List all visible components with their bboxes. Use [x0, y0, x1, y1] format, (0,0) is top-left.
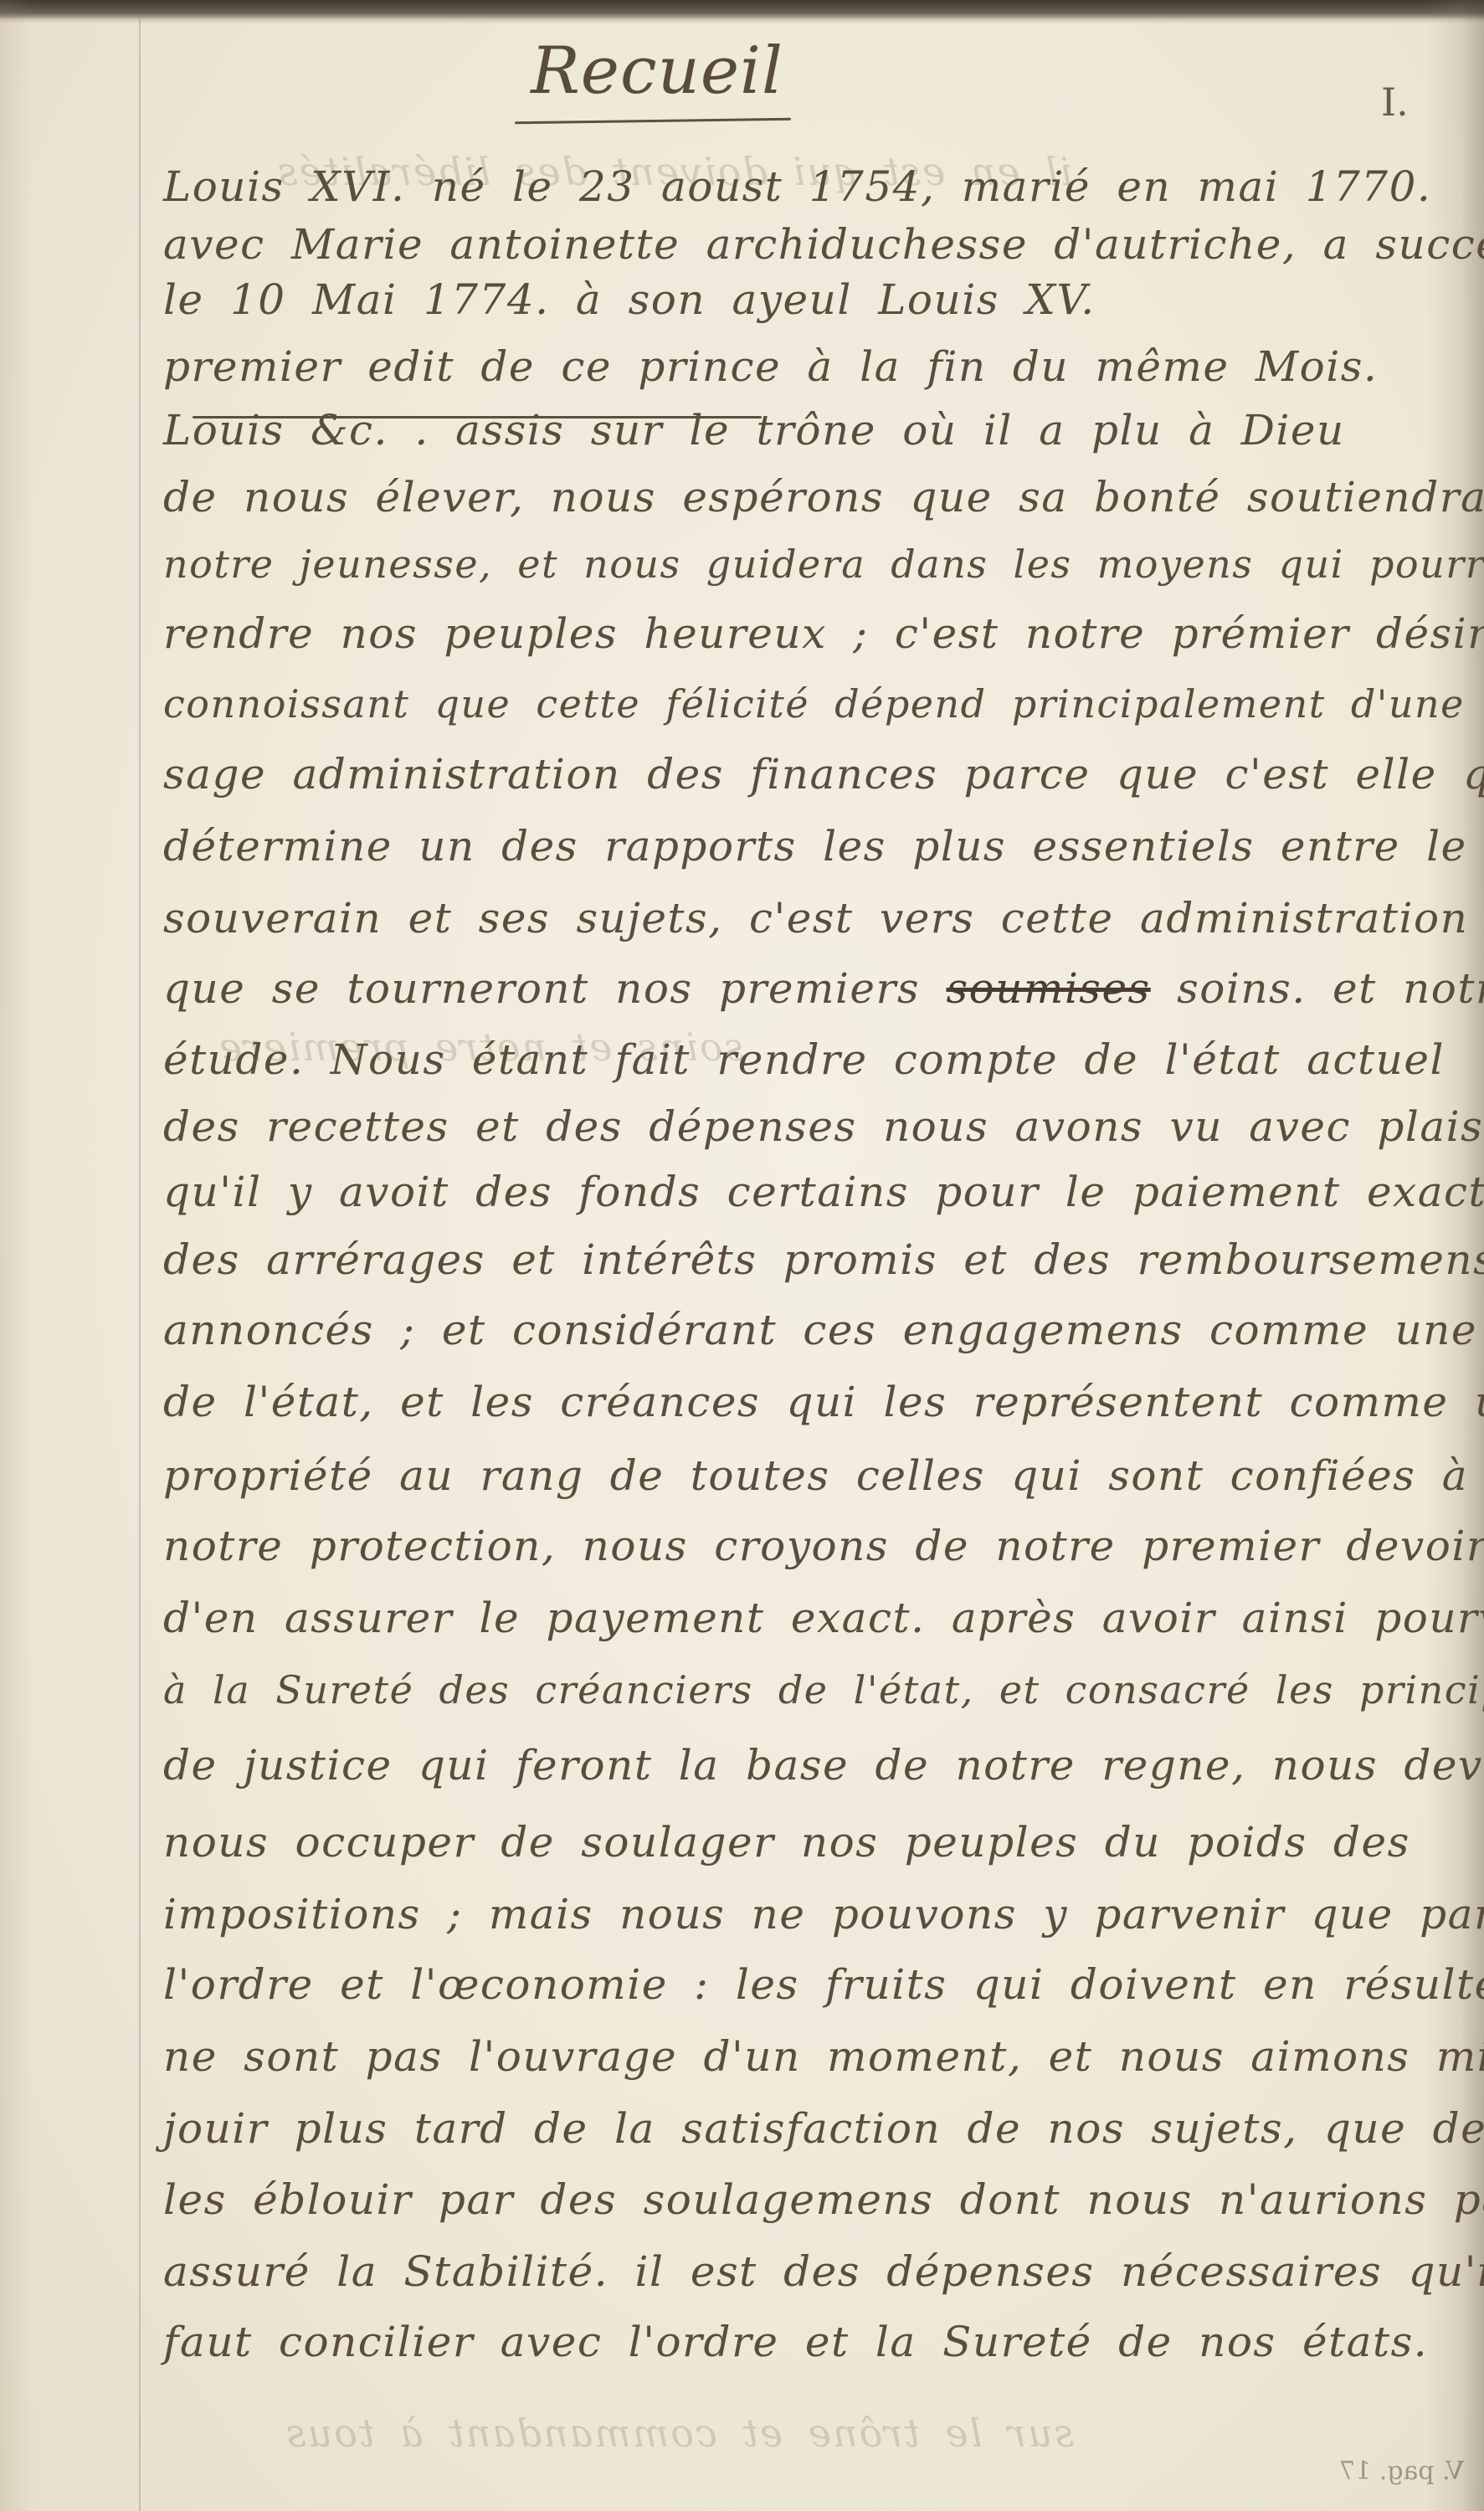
text-line: Louis &c. . assis sur le trône où il a p…: [163, 405, 1469, 455]
text-line: des arrérages et intérêts promis et des …: [163, 1235, 1469, 1285]
page-fold: [0, 18, 1484, 23]
text-line: de nous élever, nous espérons que sa bon…: [163, 472, 1469, 522]
text-line: connoissant que cette félicité dépend pr…: [163, 679, 1469, 729]
text-line: notre jeunesse, et nous guidera dans les…: [163, 539, 1469, 589]
text-line: étude. Nous étant fait rendre compte de …: [163, 1035, 1469, 1085]
text-line: de l'état, et les créances qui les repré…: [163, 1377, 1469, 1427]
page-reference-mark: V. pag. 17: [1339, 2457, 1464, 2486]
text-line: annoncés ; et considérant ces engagemens…: [163, 1305, 1469, 1355]
text-line: faut concilier avec l'ordre et la Sureté…: [163, 2317, 1469, 2367]
page-title: Recueil: [519, 33, 795, 109]
text-line: propriété au rang de toutes celles qui s…: [163, 1451, 1469, 1501]
folio-number: I.: [1381, 80, 1409, 125]
text-line: l'ordre et l'œconomie : les fruits qui d…: [163, 1959, 1469, 2010]
text-line: ne sont pas l'ouvrage d'un moment, et no…: [163, 2031, 1469, 2082]
text-line: assuré la Stabilité. il est des dépenses…: [163, 2247, 1469, 2297]
text-line: sage administration des finances parce q…: [163, 749, 1469, 799]
text-line: souverain et ses sujets, c'est vers cett…: [163, 893, 1469, 943]
title-underline: [515, 118, 791, 125]
line-text: que se tourneront nos premiers: [163, 964, 920, 1013]
manuscript-page: il en est qui doivent des libéralités so…: [0, 0, 1484, 2511]
struck-word: soumises: [946, 964, 1150, 1013]
text-line: avec Marie antoinette archiduchesse d'au…: [163, 219, 1469, 270]
text-line: à la Sureté des créanciers de l'état, et…: [163, 1665, 1469, 1715]
text-line: rendre nos peuples heureux ; c'est notre…: [163, 608, 1469, 659]
text-line: qu'il y avoit des fonds certains pour le…: [163, 1167, 1469, 1217]
text-line: le 10 Mai 1774. à son ayeul Louis XV.: [163, 275, 1469, 325]
text-line: Louis XVI. né le 23 aoust 1754, marié en…: [163, 162, 1469, 212]
line-text: soins. et notre première: [1177, 964, 1484, 1013]
text-line: notre protection, nous croyons de notre …: [163, 1521, 1469, 1571]
text-line: que se tourneront nos premiers soumises …: [163, 963, 1469, 1014]
text-line: nous occuper de soulager nos peuples du …: [163, 1817, 1469, 1867]
text-line: d'en assurer le payement exact. après av…: [163, 1593, 1469, 1643]
text-line: de justice qui feront la base de notre r…: [163, 1740, 1469, 1790]
margin-rule-line: [139, 18, 141, 2511]
binding-edge: [0, 0, 1484, 18]
text-line: jouir plus tard de la satisfaction de no…: [163, 2103, 1469, 2154]
text-line: impositions ; mais nous ne pouvons y par…: [163, 1889, 1469, 1939]
edict-heading: premier edit de ce prince à la fin du mê…: [163, 341, 1469, 392]
text-line: des recettes et des dépenses nous avons …: [163, 1101, 1469, 1152]
left-page-shade: [0, 0, 33, 2511]
text-line: les éblouir par des soulagemens dont nou…: [163, 2175, 1469, 2225]
bleed-through-text: sur le trône et commandant à tous: [285, 2411, 1074, 2456]
text-line: détermine un des rapports les plus essen…: [163, 821, 1469, 871]
